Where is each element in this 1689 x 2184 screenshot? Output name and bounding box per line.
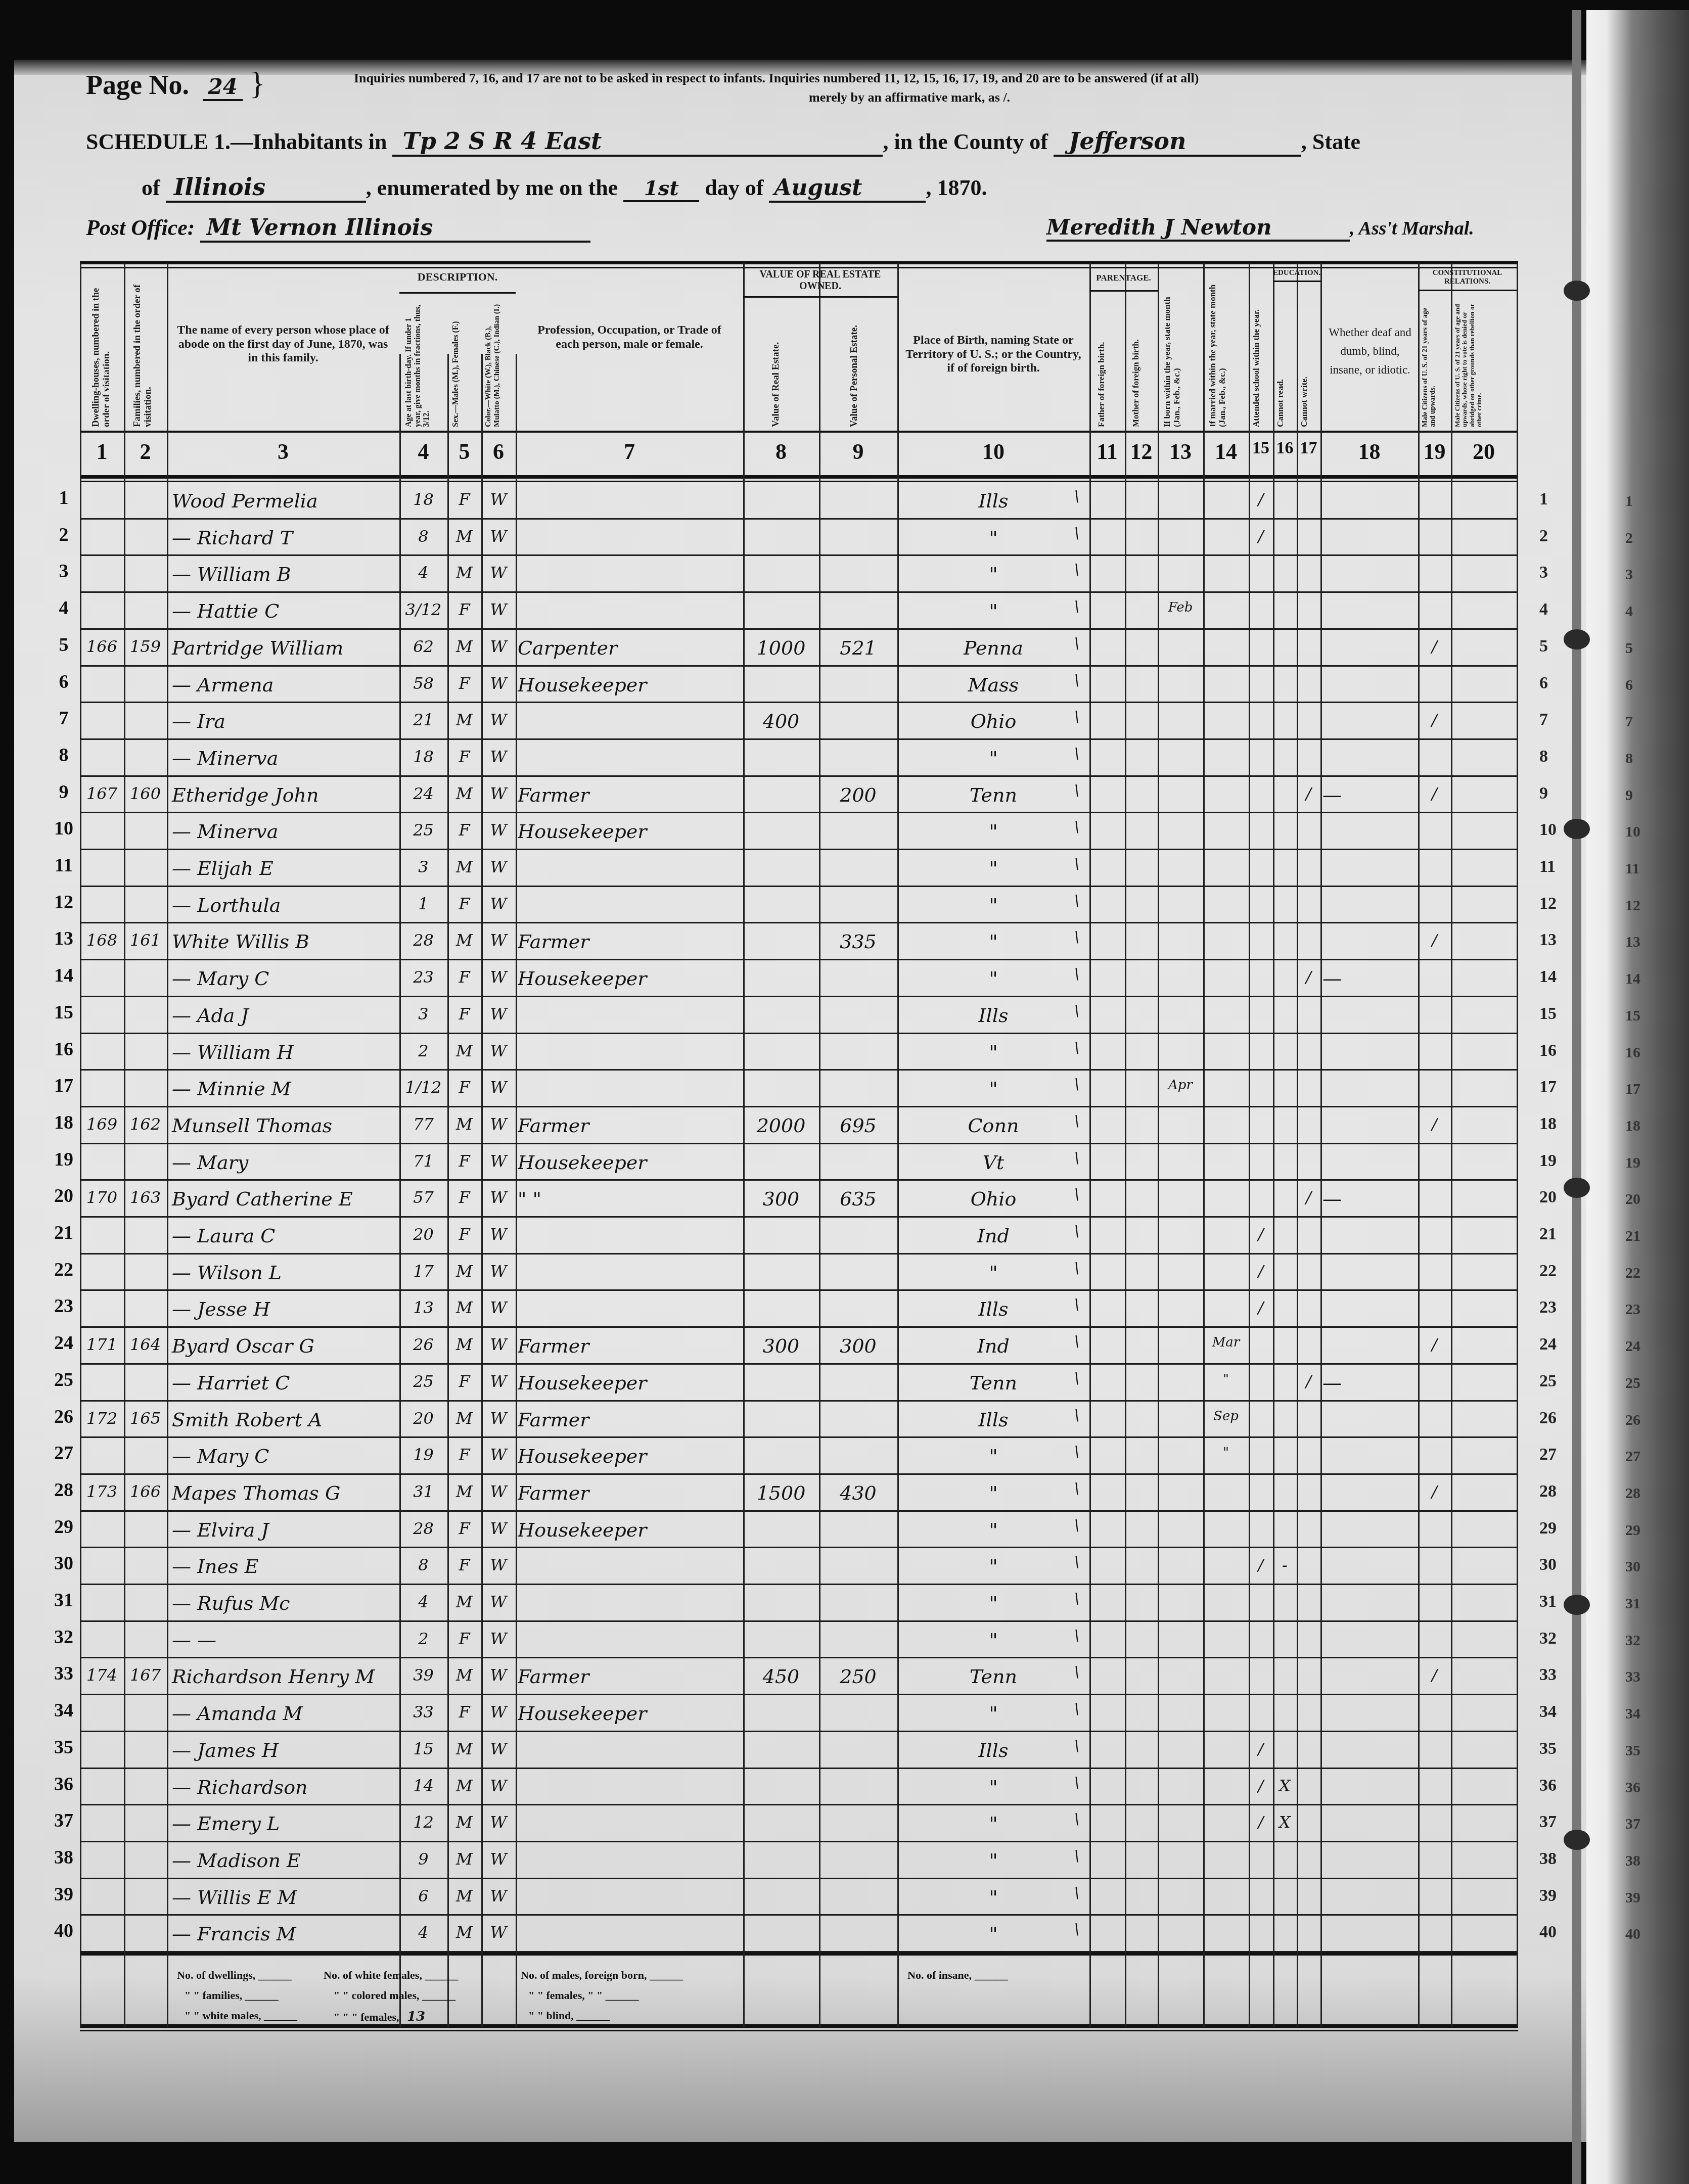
- line-number-right: 9: [1539, 784, 1548, 803]
- line-number-right: 8: [1539, 747, 1548, 766]
- name-cell: — Willis E M: [169, 1886, 400, 1909]
- row-rule: [80, 775, 1517, 777]
- line-number-right: 28: [1539, 1482, 1557, 1501]
- birthplace-cell: ": [899, 894, 1087, 916]
- real-estate-cell: 1000: [745, 637, 817, 659]
- school-cell: /: [1251, 1298, 1271, 1317]
- verification-tick-icon: \: [1074, 488, 1079, 505]
- column-number: 20: [1451, 439, 1517, 464]
- school-cell: /: [1251, 1739, 1271, 1758]
- occupation-cell: Carpenter: [518, 637, 741, 659]
- birthplace-cell: ": [899, 1078, 1087, 1100]
- column-divider: [1125, 263, 1126, 2027]
- line-number: 31: [49, 1589, 79, 1611]
- age-cell: 20: [401, 1225, 445, 1244]
- occupation-cell: Housekeeper: [518, 1445, 741, 1467]
- birthplace-cell: Ills: [899, 490, 1087, 512]
- line-number: 1: [49, 487, 79, 509]
- row-rule: [80, 1841, 1517, 1842]
- color-cell: W: [483, 563, 514, 582]
- verification-tick-icon: \: [1074, 1700, 1079, 1718]
- age-cell: 15: [401, 1739, 445, 1758]
- column-divider: [1249, 263, 1250, 2027]
- adjacent-page-line-number: 31: [1625, 1595, 1640, 1612]
- birthplace-cell: Penna: [899, 637, 1087, 659]
- name-cell: — Elvira J: [169, 1519, 400, 1541]
- school-cell: /: [1251, 1262, 1271, 1281]
- color-cell: W: [483, 490, 514, 509]
- line-number: 8: [49, 744, 79, 766]
- age-cell: 26: [401, 1335, 445, 1354]
- line-number-right: 34: [1539, 1702, 1557, 1722]
- line-number-right: 38: [1539, 1849, 1557, 1869]
- line-number-right: 10: [1539, 820, 1557, 840]
- real-estate-cell: 400: [745, 710, 817, 732]
- page-number-value: 24: [203, 74, 242, 101]
- birthplace-cell: Ills: [899, 1409, 1087, 1431]
- col-header-vote-denied: Male Citizens of U. S. of 21 years of ag…: [1454, 303, 1514, 427]
- name-cell: — Laura C: [169, 1225, 400, 1247]
- age-cell: 1: [401, 894, 445, 913]
- color-cell: W: [483, 1262, 514, 1281]
- sex-cell: F: [449, 1555, 479, 1574]
- adjacent-page-line-number: 34: [1625, 1705, 1640, 1723]
- born-month-cell: Feb: [1160, 600, 1201, 615]
- family-cell: 164: [126, 1335, 165, 1354]
- dwelling-cell: 169: [82, 1114, 122, 1134]
- age-cell: 58: [401, 674, 445, 693]
- birthplace-cell: ": [899, 967, 1087, 990]
- age-cell: 28: [401, 1519, 445, 1538]
- sex-cell: F: [449, 1188, 479, 1207]
- parentage-group-header: PARENTAGE.: [1089, 273, 1158, 292]
- schedule-line: SCHEDULE 1.—Inhabitants in Tp 2 S R 4 Ea…: [86, 127, 1360, 157]
- row-rule: [80, 518, 1517, 520]
- sex-cell: M: [449, 784, 479, 803]
- school-cell: /: [1251, 1555, 1271, 1574]
- color-cell: W: [483, 1335, 514, 1354]
- description-group-header: DESCRIPTION.: [399, 270, 516, 294]
- colnum-bottom-rule-thin: [80, 481, 1518, 482]
- row-rule: [80, 1731, 1517, 1732]
- sex-cell: M: [449, 1739, 479, 1758]
- age-cell: 57: [401, 1188, 445, 1207]
- sex-cell: M: [449, 1298, 479, 1317]
- age-cell: 14: [401, 1776, 445, 1795]
- family-cell: 159: [126, 637, 165, 656]
- color-cell: W: [483, 967, 514, 987]
- personal-estate-cell: 430: [821, 1482, 895, 1504]
- sex-cell: M: [449, 710, 479, 729]
- line-number: 27: [49, 1442, 79, 1464]
- occupation-cell: Farmer: [518, 931, 741, 953]
- verification-tick-icon: \: [1074, 525, 1079, 542]
- age-cell: 20: [401, 1409, 445, 1428]
- name-cell: Smith Robert A: [169, 1409, 400, 1431]
- row-rule: [80, 1473, 1517, 1475]
- age-cell: 19: [401, 1445, 445, 1464]
- adjacent-page-line-number: 35: [1625, 1742, 1640, 1759]
- row-rule: [80, 1400, 1517, 1402]
- sex-cell: F: [449, 747, 479, 766]
- column-number: 9: [819, 439, 897, 464]
- row-rule: [80, 628, 1517, 630]
- line-number: 7: [49, 707, 79, 729]
- footer-white-females-label: No. of white females, ______: [324, 1969, 458, 1982]
- color-cell: W: [483, 1849, 514, 1869]
- birthplace-cell: Ills: [899, 1739, 1087, 1761]
- line-number-right: 35: [1539, 1739, 1557, 1758]
- table-bottom-rule-thin: [80, 2030, 1518, 2031]
- age-cell: 24: [401, 784, 445, 803]
- verification-tick-icon: \: [1074, 965, 1079, 983]
- line-number: 28: [49, 1479, 79, 1501]
- name-cell: — Mary C: [169, 967, 400, 990]
- column-number: 17: [1297, 439, 1320, 458]
- sex-cell: F: [449, 600, 479, 619]
- line-number-right: 3: [1539, 563, 1548, 582]
- verification-tick-icon: \: [1074, 708, 1079, 726]
- age-cell: 28: [401, 931, 445, 950]
- adjacent-page-line-number: 33: [1625, 1668, 1640, 1686]
- personal-estate-cell: 521: [821, 637, 895, 659]
- adjacent-page-line-number: 26: [1625, 1412, 1640, 1429]
- verification-tick-icon: \: [1074, 1627, 1079, 1645]
- adjacent-page-line-number: 5: [1625, 640, 1633, 657]
- verification-tick-icon: \: [1074, 635, 1079, 653]
- age-cell: 9: [401, 1849, 445, 1869]
- col-header-mother-foreign: Mother of foreign birth.: [1131, 303, 1152, 427]
- color-cell: W: [483, 1188, 514, 1207]
- adjacent-page-line-number: 23: [1625, 1301, 1640, 1318]
- dwelling-cell: 171: [82, 1335, 122, 1354]
- school-cell: /: [1251, 527, 1271, 546]
- married-month-cell: Mar: [1205, 1335, 1247, 1350]
- age-cell: 3: [401, 857, 445, 876]
- name-cell: — Lorthula: [169, 894, 400, 916]
- adjacent-page-line-number: 15: [1625, 1007, 1640, 1025]
- sex-cell: M: [449, 1813, 479, 1832]
- line-number-right: 18: [1539, 1114, 1557, 1134]
- name-cell: — Hattie C: [169, 600, 400, 622]
- col-header-cannot-write: Cannot write.: [1300, 303, 1318, 427]
- line-number-right: 12: [1539, 894, 1557, 913]
- adjacent-page-line-number: 16: [1625, 1044, 1640, 1061]
- cannot-write-cell: /: [1299, 1188, 1318, 1207]
- occupation-cell: Housekeeper: [518, 1702, 741, 1725]
- line-number: 36: [49, 1773, 79, 1795]
- birthplace-cell: Tenn: [899, 1372, 1087, 1394]
- line-number-right: 31: [1539, 1592, 1557, 1611]
- birthplace-cell: Ills: [899, 1004, 1087, 1027]
- color-cell: W: [483, 600, 514, 619]
- footer-foreign-females-label: " " females, " " ______: [528, 1989, 639, 2002]
- col-header-cannot-read: Cannot read.: [1276, 303, 1294, 427]
- sex-cell: M: [449, 1409, 479, 1428]
- verification-tick-icon: \: [1074, 1663, 1079, 1681]
- color-cell: W: [483, 1629, 514, 1648]
- birthplace-cell: Tenn: [899, 784, 1087, 806]
- col-header-male-citizens: Male Citizens of U. S. of 21 years of ag…: [1422, 303, 1448, 427]
- birthplace-cell: Ohio: [899, 710, 1087, 732]
- color-cell: W: [483, 1298, 514, 1317]
- line-number-right: 5: [1539, 637, 1548, 656]
- citizen-cell: /: [1420, 931, 1449, 950]
- age-cell: 25: [401, 1372, 445, 1391]
- line-number: 22: [49, 1259, 79, 1281]
- name-cell: — Ira: [169, 710, 400, 732]
- column-divider: [743, 263, 745, 2027]
- line-number-right: 25: [1539, 1372, 1557, 1391]
- age-cell: 4: [401, 1592, 445, 1611]
- birthplace-cell: ": [899, 527, 1087, 549]
- verification-tick-icon: \: [1074, 782, 1079, 800]
- occupation-cell: Farmer: [518, 784, 741, 806]
- birthplace-cell: ": [899, 1592, 1087, 1614]
- column-number: 10: [897, 439, 1089, 464]
- colnum-bottom-rule: [80, 475, 1518, 479]
- name-cell: — Armena: [169, 674, 400, 696]
- column-divider: [1273, 263, 1274, 2027]
- row-rule: [80, 1179, 1517, 1181]
- name-cell: — Jesse H: [169, 1298, 400, 1320]
- deaf-cell: —: [1322, 967, 1416, 990]
- color-cell: W: [483, 1813, 514, 1832]
- color-cell: W: [483, 1114, 514, 1134]
- age-cell: 62: [401, 637, 445, 656]
- real-estate-cell: 450: [745, 1665, 817, 1688]
- row-rule: [80, 1878, 1517, 1879]
- name-cell: Partridge William: [169, 637, 400, 659]
- column-divider: [1418, 263, 1420, 2027]
- sex-cell: M: [449, 857, 479, 876]
- value-group-header: VALUE OF REAL ESTATE OWNED.: [743, 269, 897, 298]
- birthplace-cell: ": [899, 857, 1087, 879]
- line-number-right: 20: [1539, 1188, 1557, 1207]
- column-number: 19: [1418, 439, 1451, 464]
- age-cell: 4: [401, 563, 445, 582]
- row-rule: [80, 812, 1517, 813]
- cannot-write-cell: /: [1299, 784, 1318, 803]
- birthplace-cell: ": [899, 1629, 1087, 1651]
- birthplace-cell: ": [899, 1262, 1087, 1284]
- family-cell: 162: [126, 1114, 165, 1134]
- occupation-cell: Farmer: [518, 1335, 741, 1357]
- family-cell: 161: [126, 931, 165, 950]
- age-cell: 4: [401, 1923, 445, 1942]
- line-number-right: 26: [1539, 1409, 1557, 1428]
- column-divider: [80, 263, 81, 2027]
- name-cell: — Mary C: [169, 1445, 400, 1467]
- sex-cell: F: [449, 1702, 479, 1722]
- footer-colored-females-value: 13: [402, 2009, 430, 2026]
- column-divider: [167, 263, 168, 2027]
- age-cell: 8: [401, 1555, 445, 1574]
- col-header-birthplace: Place of Birth, naming State or Territor…: [902, 334, 1084, 376]
- age-cell: 23: [401, 967, 445, 987]
- column-divider: [1203, 263, 1205, 2027]
- row-rule: [80, 1289, 1517, 1291]
- column-divider: [481, 354, 483, 2027]
- line-number: 30: [49, 1552, 79, 1574]
- verification-tick-icon: \: [1074, 1553, 1079, 1571]
- cannot-read-cell: X: [1275, 1776, 1295, 1795]
- line-number-right: 16: [1539, 1041, 1557, 1060]
- name-cell: — Rufus Mc: [169, 1592, 400, 1614]
- row-rule: [80, 922, 1517, 923]
- born-month-cell: Apr: [1160, 1078, 1201, 1093]
- name-cell: — Elijah E: [169, 857, 400, 879]
- citizen-cell: /: [1420, 1482, 1449, 1501]
- line-number-right: 15: [1539, 1004, 1557, 1024]
- color-cell: W: [483, 527, 514, 546]
- col-header-age: Age at last birth-day. If under 1 year, …: [404, 303, 444, 427]
- occupation-cell: Housekeeper: [518, 1151, 741, 1174]
- sex-cell: M: [449, 1923, 479, 1942]
- col-header-sex: Sex.—Males (M.), Females (F.): [451, 303, 478, 427]
- adjacent-page-line-number: 10: [1625, 823, 1640, 841]
- column-number: 3: [167, 439, 399, 464]
- adjacent-page-line-number: 40: [1625, 1926, 1640, 1943]
- verification-tick-icon: \: [1074, 1186, 1079, 1203]
- age-cell: 21: [401, 710, 445, 729]
- sex-cell: F: [449, 820, 479, 840]
- table-top-rule: [80, 261, 1518, 264]
- sex-cell: M: [449, 1041, 479, 1060]
- row-rule: [80, 1363, 1517, 1365]
- age-cell: 6: [401, 1886, 445, 1906]
- column-number: 16: [1273, 439, 1297, 458]
- column-number: 2: [124, 439, 167, 464]
- name-cell: Mapes Thomas G: [169, 1482, 400, 1504]
- name-cell: — Minerva: [169, 820, 400, 843]
- binding-hole-icon: [1564, 819, 1590, 839]
- column-divider: [447, 354, 449, 2027]
- row-rule: [80, 738, 1517, 740]
- citizen-cell: /: [1420, 1665, 1449, 1685]
- line-number-right: 37: [1539, 1813, 1557, 1832]
- line-number-right: 33: [1539, 1665, 1557, 1685]
- col-header-school: Attended school within the year.: [1252, 275, 1270, 427]
- married-month-cell: Sep: [1205, 1409, 1247, 1424]
- line-number: 33: [49, 1662, 79, 1685]
- row-rule: [80, 1069, 1517, 1071]
- line-number: 15: [49, 1001, 79, 1024]
- dwelling-cell: 172: [82, 1409, 122, 1428]
- age-cell: 2: [401, 1041, 445, 1060]
- line-number: 11: [49, 854, 79, 876]
- name-cell: — Ada J: [169, 1004, 400, 1027]
- sex-cell: F: [449, 894, 479, 913]
- family-cell: 160: [126, 784, 165, 803]
- line-number-right: 24: [1539, 1335, 1557, 1354]
- column-divider: [516, 354, 517, 2027]
- name-cell: — James H: [169, 1739, 400, 1761]
- row-rule: [80, 591, 1517, 593]
- verification-tick-icon: \: [1074, 1443, 1079, 1461]
- line-number-right: 32: [1539, 1629, 1557, 1648]
- binding-rail: [1572, 10, 1581, 2184]
- color-cell: W: [483, 747, 514, 766]
- adjacent-page-line-number: 8: [1625, 750, 1633, 767]
- footer-colored-males-label: " " colored males, ______: [334, 1989, 455, 2002]
- binding-hole-icon: [1564, 1830, 1590, 1850]
- footer-blind-label: " " blind, ______: [528, 2009, 610, 2022]
- color-cell: W: [483, 710, 514, 729]
- line-number: 35: [49, 1736, 79, 1758]
- birthplace-cell: ": [899, 1923, 1087, 1945]
- name-cell: Wood Permelia: [169, 490, 400, 512]
- occupation-cell: Housekeeper: [518, 820, 741, 843]
- sex-cell: M: [449, 1849, 479, 1869]
- line-number-right: 13: [1539, 931, 1557, 950]
- sex-cell: F: [449, 1629, 479, 1648]
- column-number: 6: [481, 439, 516, 464]
- col-header-occupation: Profession, Occupation, or Trade of each…: [528, 323, 731, 351]
- sex-cell: M: [449, 1665, 479, 1685]
- verification-tick-icon: \: [1074, 928, 1079, 946]
- line-number: 10: [49, 817, 79, 840]
- row-rule: [80, 996, 1517, 997]
- row-rule: [80, 1584, 1517, 1585]
- line-number: 13: [49, 927, 79, 950]
- column-number: 5: [447, 439, 481, 464]
- adjacent-page-line-number: 38: [1625, 1852, 1640, 1870]
- color-cell: W: [483, 1041, 514, 1060]
- birthplace-cell: ": [899, 600, 1087, 622]
- line-number-right: 1: [1539, 490, 1548, 509]
- footer-families-label: " " families, ______: [185, 1989, 279, 2002]
- line-number-right: 36: [1539, 1776, 1557, 1795]
- day-field: 1st: [623, 176, 699, 202]
- color-cell: W: [483, 1482, 514, 1501]
- county-field: Jefferson: [1054, 127, 1301, 157]
- verification-tick-icon: \: [1074, 1810, 1079, 1828]
- name-cell: — Emery L: [169, 1813, 400, 1835]
- verification-tick-icon: \: [1074, 745, 1079, 763]
- sex-cell: M: [449, 1592, 479, 1611]
- row-rule: [80, 1106, 1517, 1107]
- birthplace-cell: ": [899, 1702, 1087, 1725]
- color-cell: W: [483, 1372, 514, 1391]
- line-number-right: 30: [1539, 1555, 1557, 1574]
- name-cell: — Minnie M: [169, 1078, 400, 1100]
- row-rule: [80, 1033, 1517, 1034]
- column-number: 1: [80, 439, 124, 464]
- dwelling-cell: 167: [82, 784, 122, 803]
- verification-tick-icon: \: [1074, 1296, 1079, 1314]
- school-cell: /: [1251, 1813, 1271, 1832]
- deaf-cell: —: [1322, 1372, 1416, 1394]
- birthplace-cell: Ills: [899, 1298, 1087, 1320]
- line-number: 14: [49, 964, 79, 987]
- name-cell: — Ines E: [169, 1555, 400, 1577]
- row-rule: [80, 1804, 1517, 1805]
- occupation-cell: Housekeeper: [518, 1519, 741, 1541]
- row-rule: [80, 1143, 1517, 1144]
- family-cell: 165: [126, 1409, 165, 1428]
- page-number-label: Page No. 24 }: [86, 65, 265, 102]
- footer-white-males-label: " " white males, ______: [185, 2009, 297, 2022]
- verification-tick-icon: \: [1074, 1737, 1079, 1755]
- age-cell: 13: [401, 1298, 445, 1317]
- col-header-married-month: If married within the year, state month …: [1208, 275, 1245, 427]
- occupation-cell: Farmer: [518, 1409, 741, 1431]
- column-number: 7: [516, 439, 743, 464]
- birthplace-cell: ": [899, 1776, 1087, 1798]
- sex-cell: F: [449, 674, 479, 693]
- line-number-right: 39: [1539, 1886, 1557, 1906]
